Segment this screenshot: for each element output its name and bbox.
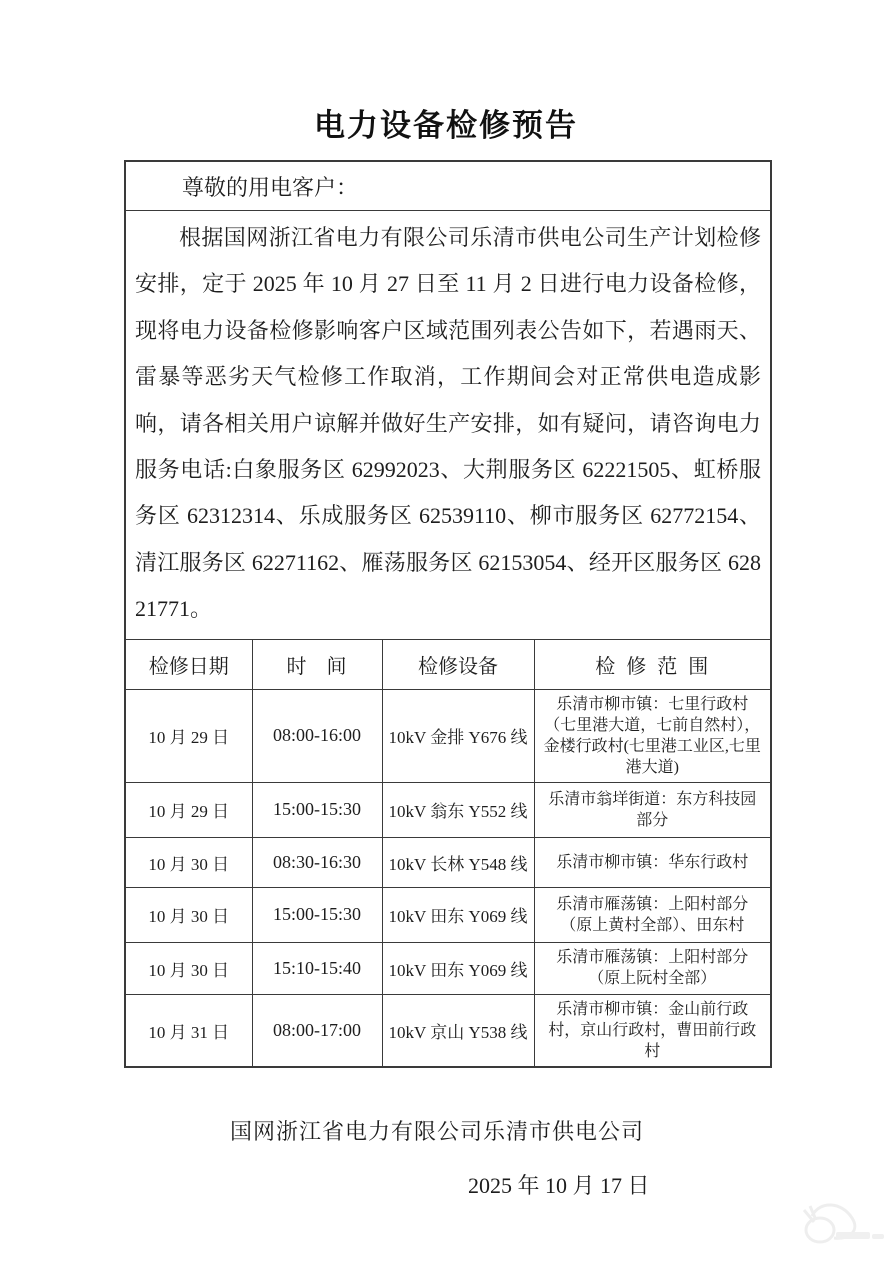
greeting-text: 尊敬的用电客户： [125,161,771,211]
date-cell: 10 月 31 日 [125,994,252,1067]
footer: 国网浙江省电力有限公司乐清市供电公司 2025 年 10 月 17 日 [0,1115,892,1200]
table-row: 10 月 30 日 08:30-16:30 10kV 长林 Y548 线 乐清市… [125,837,771,887]
table-row: 10 月 29 日 08:00-16:00 10kV 金排 Y676 线 乐清市… [125,689,771,782]
scope-cell: 乐清市翁垟街道：东方科技园部分 [534,782,771,837]
table-row: 10 月 30 日 15:10-15:40 10kV 田东 Y069 线 乐清市… [125,942,771,994]
date-cell: 10 月 30 日 [125,887,252,942]
table-row: 10 月 31 日 08:00-17:00 10kV 京山 Y538 线 乐清市… [125,994,771,1067]
scope-cell: 乐清市柳市镇：七里行政村（七里港大道，七前自然村），金楼行政村(七里港工业区,七… [534,689,771,782]
table-row: 10 月 30 日 15:00-15:30 10kV 田东 Y069 线 乐清市… [125,887,771,942]
date-cell: 10 月 29 日 [125,689,252,782]
notice-body-row: 根据国网浙江省电力有限公司乐清市供电公司生产计划检修安排，定于 2025 年 1… [125,211,771,640]
equipment-cell: 10kV 长林 Y548 线 [382,837,534,887]
scope-cell: 乐清市柳市镇：金山前行政村，京山行政村，曹田前行政村 [534,994,771,1067]
table-row: 10 月 29 日 15:00-15:30 10kV 翁东 Y552 线 乐清市… [125,782,771,837]
equipment-cell: 10kV 翁东 Y552 线 [382,782,534,837]
notice-body-cell: 根据国网浙江省电力有限公司乐清市供电公司生产计划检修安排，定于 2025 年 1… [125,211,771,640]
header-date: 检修日期 [125,639,252,689]
greeting-row: 尊敬的用电客户： [125,161,771,211]
time-cell: 15:10-15:40 [252,942,382,994]
notice-paragraph: 根据国网浙江省电力有限公司乐清市供电公司生产计划检修安排，定于 2025 年 1… [135,215,761,633]
equipment-cell: 10kV 京山 Y538 线 [382,994,534,1067]
equipment-cell: 10kV 金排 Y676 线 [382,689,534,782]
company-signature: 国网浙江省电力有限公司乐清市供电公司 [230,1115,892,1146]
time-cell: 08:00-17:00 [252,994,382,1067]
date-cell: 10 月 30 日 [125,837,252,887]
header-scope: 检修范围 [534,639,771,689]
time-cell: 15:00-15:30 [252,782,382,837]
header-equipment: 检修设备 [382,639,534,689]
date-cell: 10 月 29 日 [125,782,252,837]
date-cell: 10 月 30 日 [125,942,252,994]
time-cell: 08:00-16:00 [252,689,382,782]
page-title: 电力设备检修预告 [0,0,892,145]
watermark-logo [790,1196,886,1254]
document-page: 电力设备检修预告 尊敬的用电客户： 根据国网浙江省电力有限公司乐清市供电公司生产… [0,0,892,1262]
time-cell: 08:30-16:30 [252,837,382,887]
equipment-cell: 10kV 田东 Y069 线 [382,942,534,994]
table-header-row: 检修日期 时间 检修设备 检修范围 [125,639,771,689]
equipment-cell: 10kV 田东 Y069 线 [382,887,534,942]
notice-table: 尊敬的用电客户： 根据国网浙江省电力有限公司乐清市供电公司生产计划检修安排，定于… [124,160,772,1068]
scope-cell: 乐清市雁荡镇：上阳村部分（原上阮村全部） [534,942,771,994]
time-cell: 15:00-15:30 [252,887,382,942]
header-time: 时间 [252,639,382,689]
signature-date: 2025 年 10 月 17 日 [468,1169,892,1200]
scope-cell: 乐清市柳市镇：华东行政村 [534,837,771,887]
scope-cell: 乐清市雁荡镇：上阳村部分（原上黄村全部）、田东村 [534,887,771,942]
